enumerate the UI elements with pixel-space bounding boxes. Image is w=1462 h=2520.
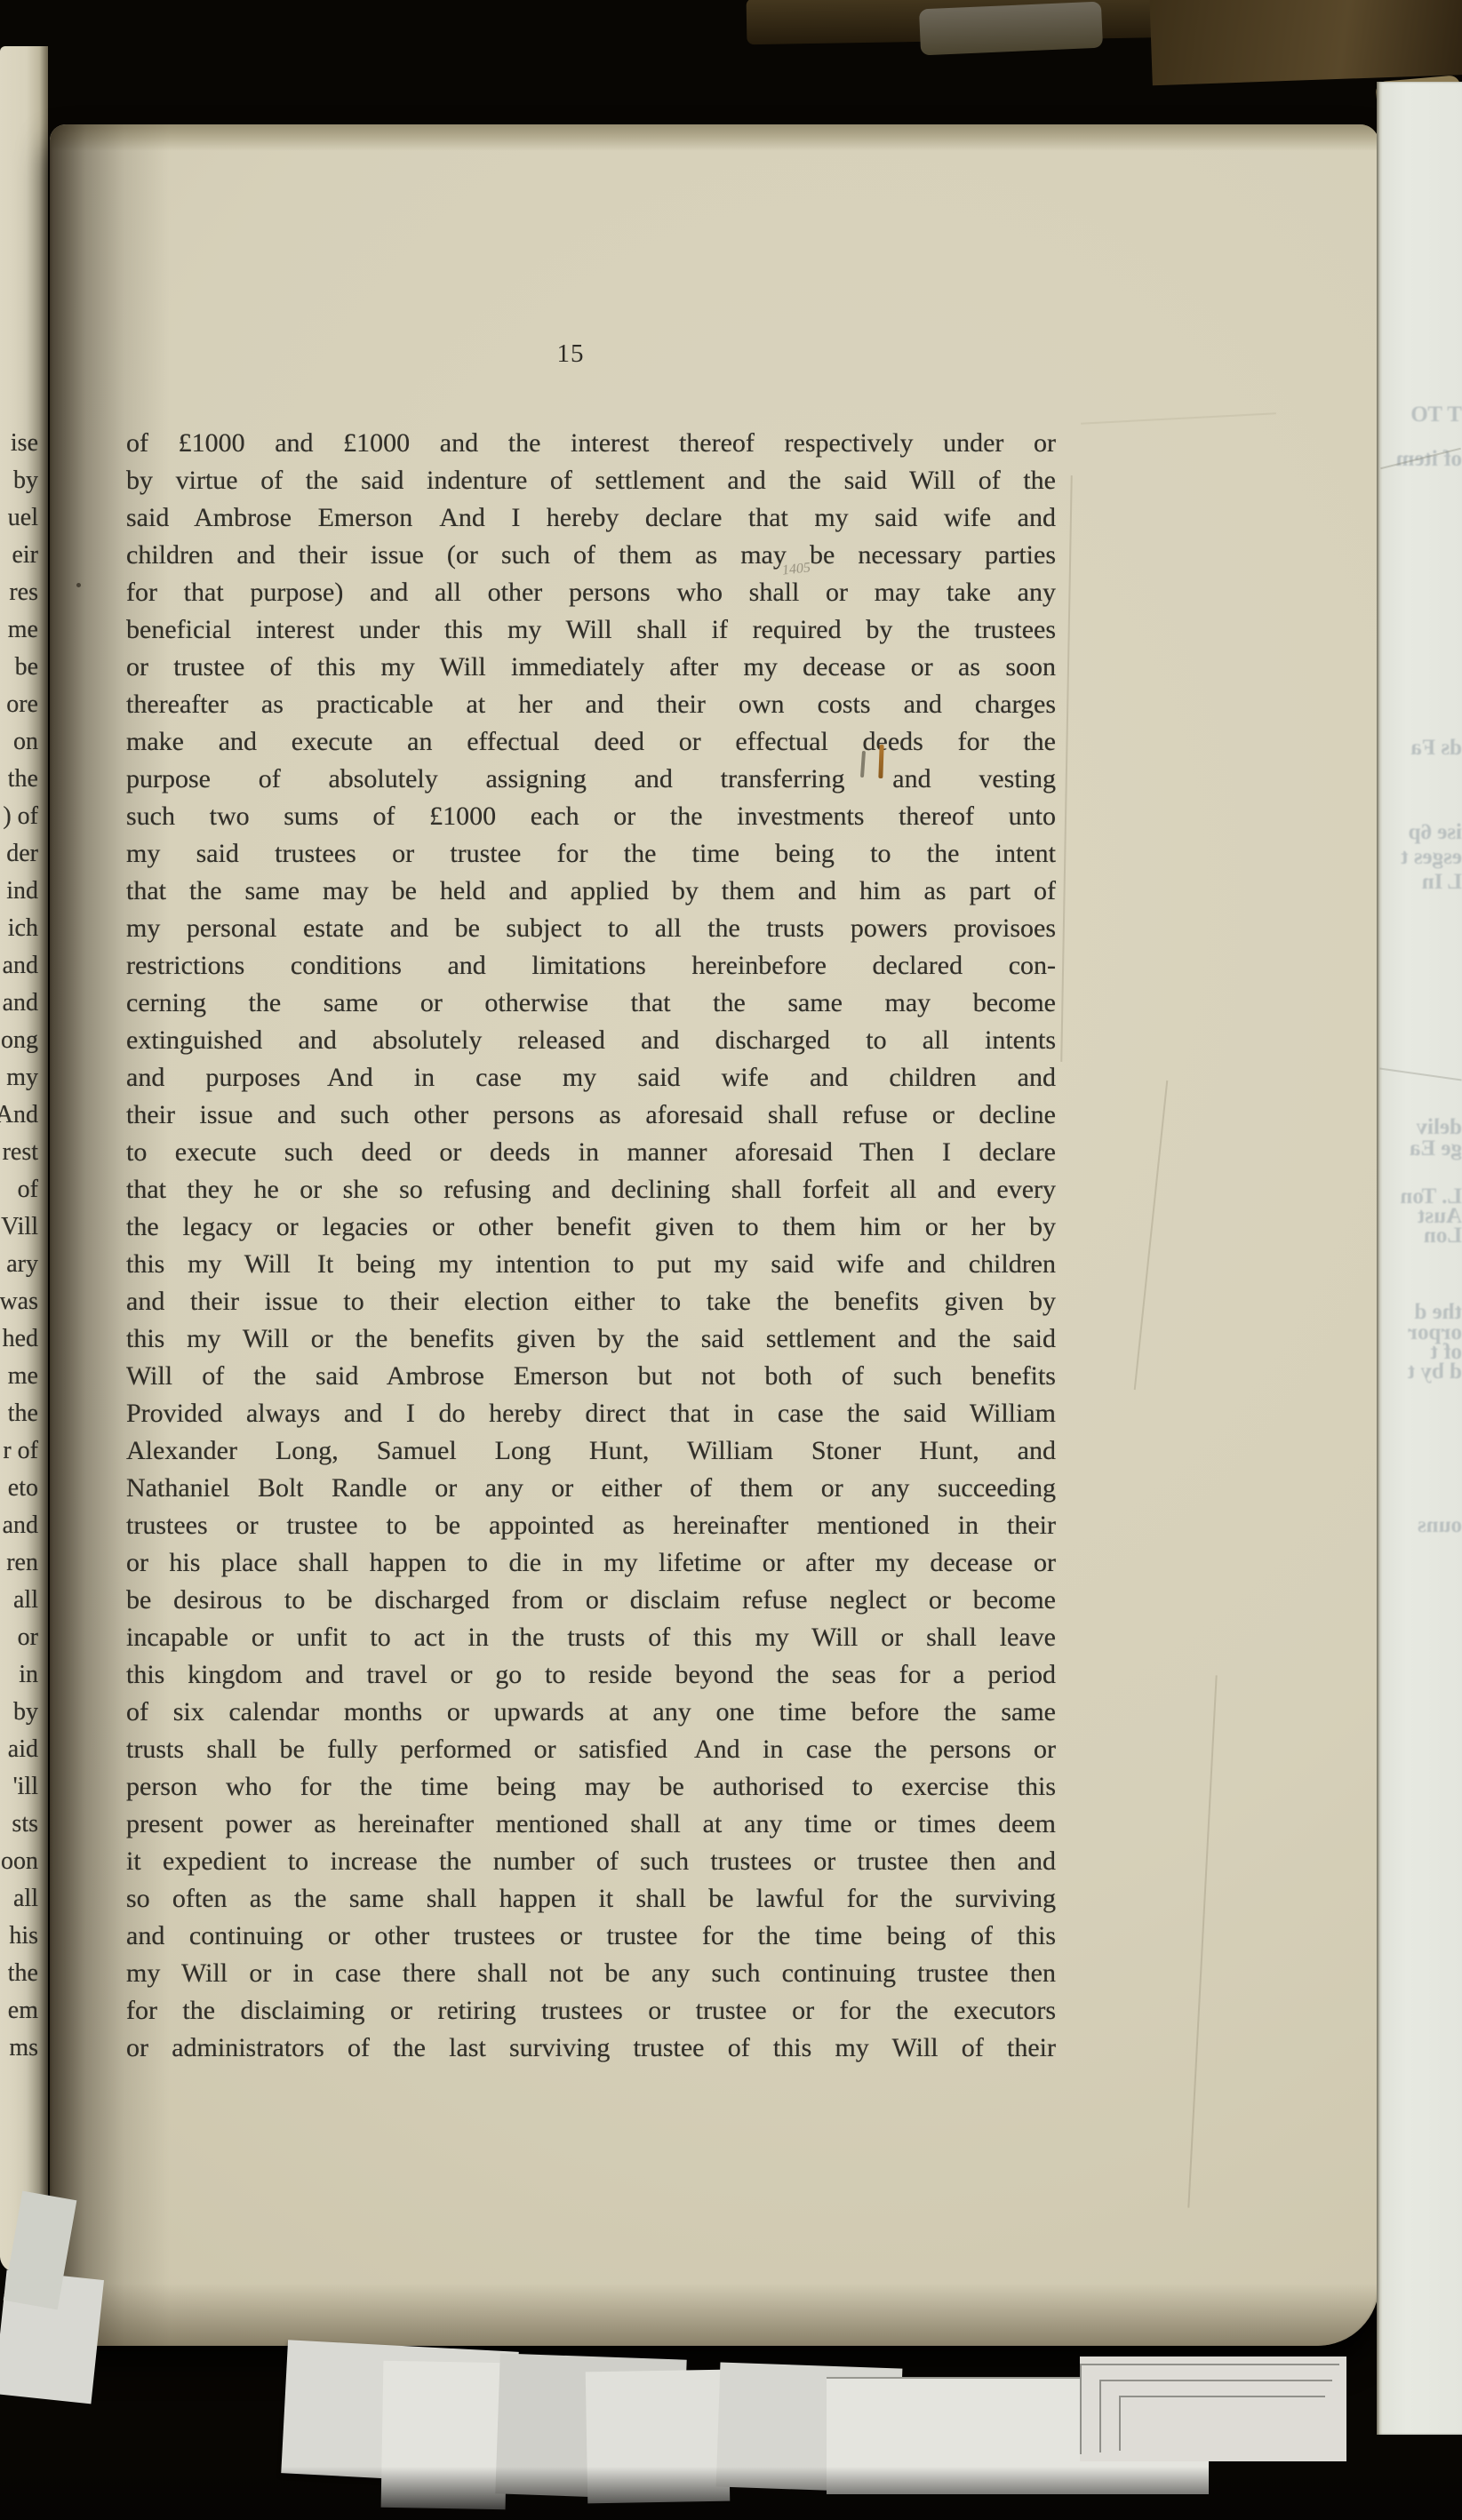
margin-fragment: aid	[8, 1731, 38, 1768]
pencil-annotation: 1405	[781, 560, 811, 578]
line: this my Will or the benefits given by th…	[126, 1320, 1056, 1358]
margin-fragment: all	[13, 1582, 38, 1619]
line: such two sums of £1000 each or the inves…	[126, 798, 1056, 835]
line: thereafter as practicable at her and the…	[126, 686, 1056, 723]
margin-fragment: And	[0, 1097, 38, 1134]
margin-fragment: by	[13, 462, 38, 499]
ink-speck	[76, 583, 81, 587]
line: trusts shall be fully performed or satis…	[126, 1731, 1056, 1768]
margin-fragment: me	[8, 611, 38, 649]
bleed-fragment: ise 6p	[1380, 819, 1462, 846]
paper-crease	[1187, 1675, 1217, 2207]
line: children and their issue (or such of the…	[126, 537, 1056, 574]
line: be desirous to be discharged from or dis…	[126, 1582, 1056, 1619]
line: purpose of absolutely assigning and tran…	[126, 761, 1056, 798]
margin-fragment: was	[0, 1283, 38, 1320]
line: or his place shall happen to die in my l…	[126, 1544, 1056, 1582]
margin-fragment: ind	[6, 873, 38, 910]
line: person who for the time being may be aut…	[126, 1768, 1056, 1806]
margin-fragment: res	[9, 574, 38, 611]
line: incapable or unfit to act in the trusts …	[126, 1619, 1056, 1656]
margin-fragment: and	[3, 1507, 38, 1544]
margin-fragment: rest	[3, 1134, 38, 1171]
line: this my Will It being my intention to pu…	[126, 1246, 1056, 1283]
margin-fragment: ise	[11, 425, 38, 462]
margin-fragment: and	[3, 947, 38, 985]
margin-fragment: and	[3, 985, 38, 1022]
bleed-fragment: T TO	[1380, 402, 1462, 428]
margin-fragment: em	[8, 1992, 38, 2030]
margin-fragment: or	[18, 1619, 38, 1656]
text-block: of £1000 and £1000 and the interest ther…	[126, 425, 1056, 2067]
margin-fragment: by	[13, 1694, 38, 1731]
bleed-fragment: d by t	[1380, 1359, 1462, 1385]
margin-fragment: the	[8, 1395, 38, 1432]
bleed-fragment: L In	[1380, 869, 1462, 896]
book-binding-fragment	[1149, 0, 1462, 85]
line: so often as the same shall happen it sha…	[126, 1880, 1056, 1918]
page-number: 15	[126, 339, 1015, 369]
margin-fragment: eir	[12, 537, 38, 574]
margin-fragment: ms	[9, 2030, 38, 2067]
margin-fragment: sts	[12, 1806, 38, 1843]
bleed-fragment: Lon	[1380, 1223, 1462, 1249]
line: Nathaniel Bolt Randle or any or either o…	[126, 1470, 1056, 1507]
margin-fragment: the	[8, 1955, 38, 1992]
margin-fragment: r of	[3, 1432, 38, 1470]
line: extinguished and absolutely released and…	[126, 1022, 1056, 1059]
margin-fragment: his	[9, 1918, 38, 1955]
paper-stack-sheet	[1080, 2357, 1346, 2461]
next-page-edge: T TOof itemds Faise 6pesges tL Indelivge…	[1377, 82, 1462, 2435]
bleed-fragment: ds Fa	[1380, 735, 1462, 762]
margin-fragment: ary	[6, 1246, 38, 1283]
line: restrictions conditions and limitations …	[126, 947, 1056, 985]
line: trustees or trustee to be appointed as h…	[126, 1507, 1056, 1544]
line: my personal estate and be subject to all…	[126, 910, 1056, 947]
margin-fragment: Vill	[1, 1208, 38, 1246]
line: my said trustees or trustee for the time…	[126, 835, 1056, 873]
margin-fragment: my	[6, 1059, 38, 1097]
line: cerning the same or otherwise that the s…	[126, 985, 1056, 1022]
document-page: 15 of £1000 and £1000 and the interest t…	[50, 124, 1379, 2346]
paper-crease	[1134, 1081, 1169, 1390]
margin-fragment: ore	[6, 686, 38, 723]
sheet-corner	[1119, 2396, 1325, 2451]
line: and purposes And in case my said wife an…	[126, 1059, 1056, 1097]
margin-fragment: hed	[3, 1320, 38, 1358]
line: present power as hereinafter mentioned s…	[126, 1806, 1056, 1843]
bleed-fragment: esges t	[1380, 844, 1462, 871]
margin-fragment: all	[13, 1880, 38, 1918]
line: my Will or in case there shall not be an…	[126, 1955, 1056, 1992]
line: by virtue of the said indenture of settl…	[126, 462, 1056, 499]
line: for the disclaiming or retiring trustees…	[126, 1992, 1056, 2030]
margin-fragment: be	[15, 649, 38, 686]
margin-fragment: eto	[8, 1470, 38, 1507]
line: Will of the said Ambrose Emerson but not…	[126, 1358, 1056, 1395]
line: of six calendar months or upwards at any…	[126, 1694, 1056, 1731]
line: and continuing or other trustees or trus…	[126, 1918, 1056, 1955]
margin-fragment: ) of	[3, 798, 38, 835]
margin-fragment: me	[8, 1358, 38, 1395]
line: for that purpose) and all other persons …	[126, 574, 1056, 611]
page-bottom-shadow	[50, 2284, 1379, 2346]
left-margin-column: isebyueleirresmebeoreonthe) ofderindicha…	[0, 425, 43, 2113]
line: of £1000 and £1000 and the interest ther…	[126, 425, 1056, 462]
line: to execute such deed or deeds in manner …	[126, 1134, 1056, 1171]
line: or trustee of this my Will immediately a…	[126, 649, 1056, 686]
margin-fragment: ong	[1, 1022, 38, 1059]
line: and their issue to their election either…	[126, 1283, 1056, 1320]
line: the legacy or legacies or other benefit …	[126, 1208, 1056, 1246]
line: said Ambrose Emerson And I hereby declar…	[126, 499, 1056, 537]
margin-fragment: on	[13, 723, 38, 761]
line: that they he or she so refusing and decl…	[126, 1171, 1056, 1208]
line: it expedient to increase the number of s…	[126, 1843, 1056, 1880]
line: beneficial interest under this my Will s…	[126, 611, 1056, 649]
book-binding-fragment	[919, 2, 1103, 56]
line: Alexander Long, Samuel Long Hunt, Willia…	[126, 1432, 1056, 1470]
bottom-shadow	[0, 2467, 1462, 2520]
margin-fragment: in	[19, 1656, 38, 1694]
margin-fragment: ren	[6, 1544, 38, 1582]
bleed-fragment: ge Ea	[1380, 1136, 1462, 1162]
margin-fragment: uel	[8, 499, 38, 537]
line: or administrators of the last surviving …	[126, 2030, 1056, 2067]
line: their issue and such other persons as af…	[126, 1097, 1056, 1134]
margin-fragment: the	[8, 761, 38, 798]
previous-page-edge: isebyueleirresmebeoreonthe) ofderindicha…	[0, 46, 48, 2272]
line: that the same may be held and applied by…	[126, 873, 1056, 910]
paper-crease	[1081, 412, 1276, 425]
margin-fragment: oon	[1, 1843, 38, 1880]
margin-fragment: der	[6, 835, 38, 873]
bleed-fragment: ouns	[1380, 1512, 1462, 1539]
margin-fragment: 'ill	[13, 1768, 38, 1806]
paper-crease	[1060, 475, 1073, 1062]
line: make and execute an effectual deed or ef…	[126, 723, 1056, 761]
line: this kingdom and travel or go to reside …	[126, 1656, 1056, 1694]
margin-fragment: ich	[8, 910, 38, 947]
line: Provided always and I do hereby direct t…	[126, 1395, 1056, 1432]
margin-fragment: of	[18, 1171, 38, 1208]
